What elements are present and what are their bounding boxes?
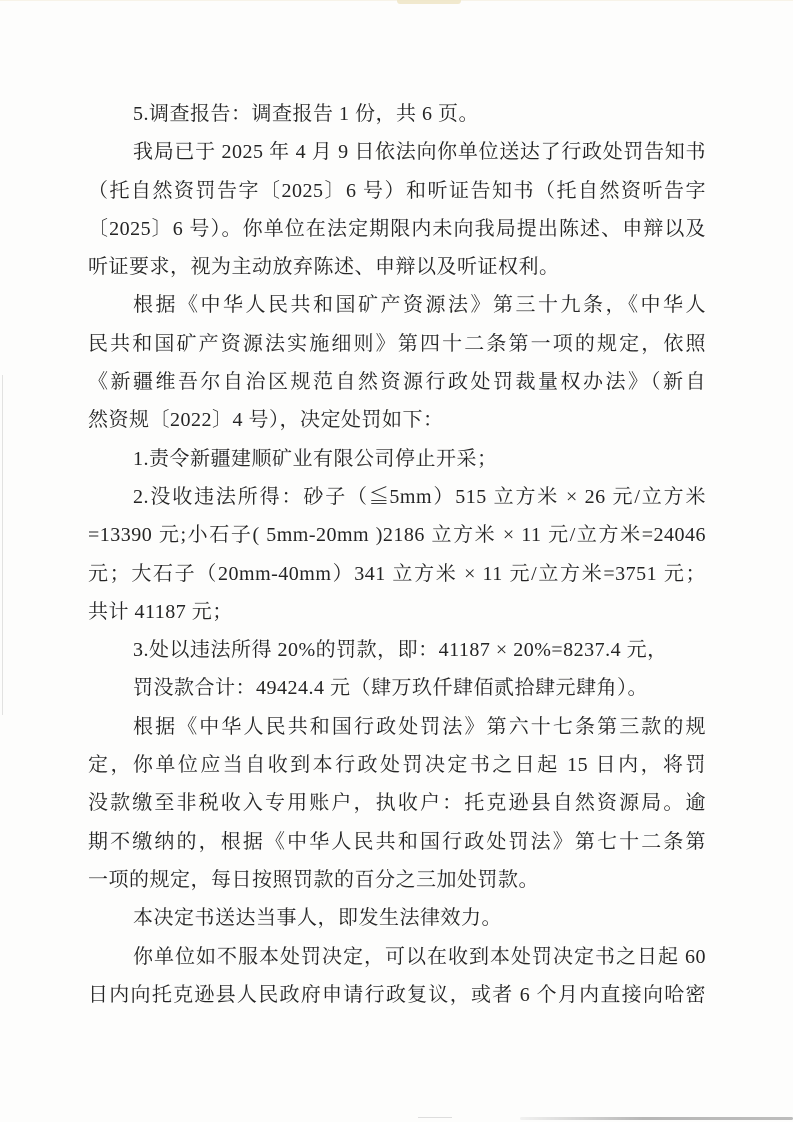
legal-basis-line-3: 《新疆维吾尔自治区规范自然资源行政处罚裁量权办法》（新自 xyxy=(88,363,706,401)
penalty-item-3-line: 3.处以违法所得 20%的罚款，即：41187 × 20%=8237.4 元， xyxy=(88,631,706,669)
penalty-item-2-line-1: 2.没收违法所得：砂子（≦5mm）515 立方米 × 26 元/立方米 xyxy=(88,478,706,516)
evidence-item-5-line: 5.调查报告：调查报告 1 份，共 6 页。 xyxy=(88,95,706,133)
notice-delivery-line-1: 我局已于 2025 年 4 月 9 日依法向你单位送达了行政处罚告知书 xyxy=(88,133,706,171)
payment-instruction-line-4: 期不缴纳的，根据《中华人民共和国行政处罚法》第七十二条第 xyxy=(88,823,706,861)
total-fine-line: 罚没款合计：49424.4 元（肆万玖仟肆佰贰拾肆元肆角）。 xyxy=(88,669,706,707)
scan-artifact-bottom-dash xyxy=(418,1117,452,1118)
notice-delivery-line-2: （托自然资罚告字〔2025〕6 号）和听证告知书（托自然资听告字 xyxy=(88,172,706,210)
penalty-item-2-line-3: 元；大石子（20mm-40mm）341 立方米 × 11 元/立方米=3751 … xyxy=(88,555,706,593)
penalty-item-1-line: 1.责令新疆建顺矿业有限公司停止开采； xyxy=(88,440,706,478)
legal-effect-line: 本决定书送达当事人，即发生法律效力。 xyxy=(88,899,706,937)
payment-instruction-line-1: 根据《中华人民共和国行政处罚法》第六十七条第三款的规 xyxy=(88,708,706,746)
payment-instruction-line-3: 没款缴至非税收入专用账户，执收户：托克逊县自然资源局。逾 xyxy=(88,784,706,822)
legal-basis-line-1: 根据《中华人民共和国矿产资源法》第三十九条，《中华人 xyxy=(88,286,706,324)
legal-basis-line-4: 然资规〔2022〕4 号），决定处罚如下： xyxy=(88,401,706,439)
notice-delivery-line-4: 听证要求，视为主动放弃陈述、申辩以及听证权利。 xyxy=(88,248,706,286)
penalty-item-2-line-2: =13390 元;小石子( 5mm-20mm )2186 立方米 × 11 元/… xyxy=(88,516,706,554)
document-body-text: 5.调查报告：调查报告 1 份，共 6 页。 我局已于 2025 年 4 月 9… xyxy=(88,95,706,1014)
payment-instruction-line-5: 一项的规定，每日按照罚款的百分之三加处罚款。 xyxy=(88,861,706,899)
penalty-item-2-line-4: 共计 41187 元； xyxy=(88,593,706,631)
scanned-document-page: 5.调查报告：调查报告 1 份，共 6 页。 我局已于 2025 年 4 月 9… xyxy=(0,0,793,1122)
notice-delivery-line-3: 〔2025〕6 号）。你单位在法定期限内未向我局提出陈述、申辩以及 xyxy=(88,210,706,248)
payment-instruction-line-2: 定，你单位应当自收到本行政处罚决定书之日起 15 日内，将罚 xyxy=(88,746,706,784)
legal-basis-line-2: 民共和国矿产资源法实施细则》第四十二条第一项的规定，依照 xyxy=(88,325,706,363)
appeal-rights-line-1: 你单位如不服本处罚决定，可以在收到本处罚决定书之日起 60 xyxy=(88,938,706,976)
appeal-rights-line-2: 日内向托克逊县人民政府申请行政复议，或者 6 个月内直接向哈密 xyxy=(88,976,706,1014)
scan-artifact-top-mark xyxy=(397,0,461,4)
scan-artifact-bottom-shadow xyxy=(520,1117,793,1120)
scan-artifact-left-edge xyxy=(2,375,3,715)
